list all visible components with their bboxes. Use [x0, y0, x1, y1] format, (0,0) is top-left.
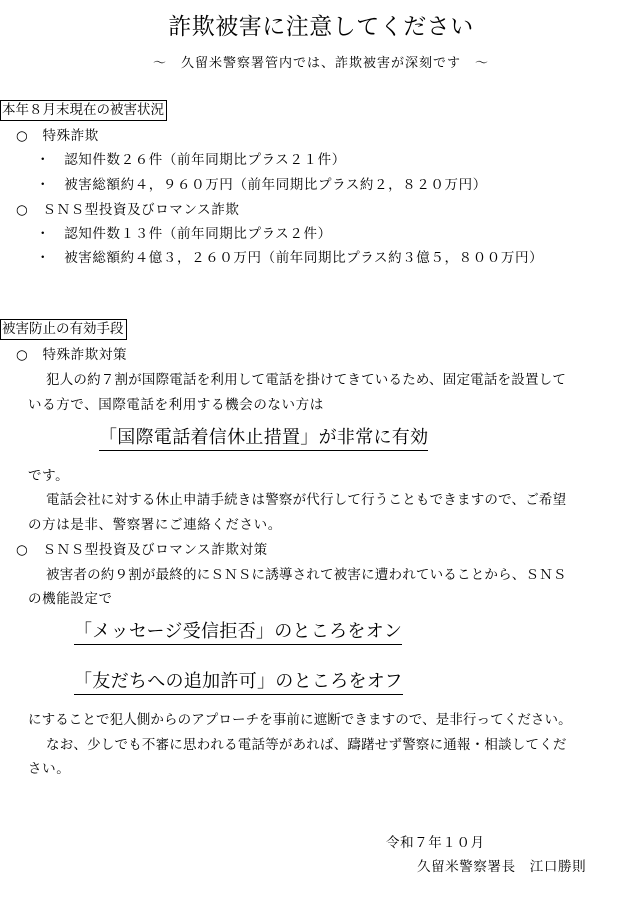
sns-fraud-measures-label: ○ ＳＮＳ型投資及びロマンス詐欺対策	[16, 541, 268, 559]
sns-fraud-count: ・ 認知件数１３件（前年同期比プラス２件）	[36, 225, 332, 243]
special-fraud-text-1: 犯人の約７割が国際電話を利用して電話を掛けてきているため、固定電話を設置して	[46, 371, 566, 389]
special-fraud-text-2: いる方で、国際電話を利用する機会のない方は	[28, 396, 324, 414]
issue-date: 令和７年１０月	[386, 834, 485, 852]
sns-fraud-text-1: 被害者の約９割が最終的にＳＮＳに誘導されて被害に遭われていることから、ＳＮＳ	[46, 566, 567, 584]
sns-fraud-amount: ・ 被害総額約４億３，２６０万円（前年同期比プラス約３億５，８００万円）	[36, 249, 543, 267]
special-fraud-count: ・ 認知件数２６件（前年同期比プラス２１件）	[36, 151, 346, 169]
special-fraud-measures-label: ○ 特殊詐欺対策	[16, 346, 127, 364]
special-fraud-amount: ・ 被害総額約４，９６０万円（前年同期比プラス約２，８２０万円）	[36, 176, 487, 194]
prevention-section-heading: 被害防止の有効手段	[0, 319, 127, 340]
intl-call-block-emphasis: 「国際電話着信休止措置」が非常に有効	[99, 426, 428, 451]
sns-fraud-text-4: なお、少しでも不審に思われる電話等があれば、躊躇せず警察に通報・相談してくだ	[46, 736, 567, 754]
sns-fraud-text-5: さい。	[28, 760, 70, 778]
special-fraud-label: ○ 特殊詐欺	[16, 127, 99, 145]
page-subtitle: ～ 久留米警察署管内では、詐欺被害が深刻です ～	[0, 52, 642, 71]
special-fraud-text-3: です。	[28, 467, 69, 485]
special-fraud-text-5: の方は是非、警察署にご連絡ください。	[28, 516, 282, 534]
signature: 久留米警察署長 江口勝則	[417, 858, 586, 876]
special-fraud-text-4: 電話会社に対する休止申請手続きは警察が代行して行うこともできますので、ご希望	[46, 491, 566, 509]
page-title: 詐欺被害に注意してください	[0, 8, 642, 41]
message-reject-emphasis: 「メッセージ受信拒否」のところをオン	[74, 620, 402, 645]
sns-fraud-text-2: の機能設定で	[28, 590, 113, 608]
status-section-heading: 本年８月末現在の被害状況	[0, 100, 167, 121]
friend-add-emphasis: 「友だちへの追加許可」のところをオフ	[74, 670, 403, 695]
sns-fraud-label: ○ ＳＮＳ型投資及びロマンス詐欺	[16, 201, 239, 219]
sns-fraud-text-3: にすることで犯人側からのアプローチを事前に遮断できますので、是非行ってください。	[28, 711, 572, 729]
